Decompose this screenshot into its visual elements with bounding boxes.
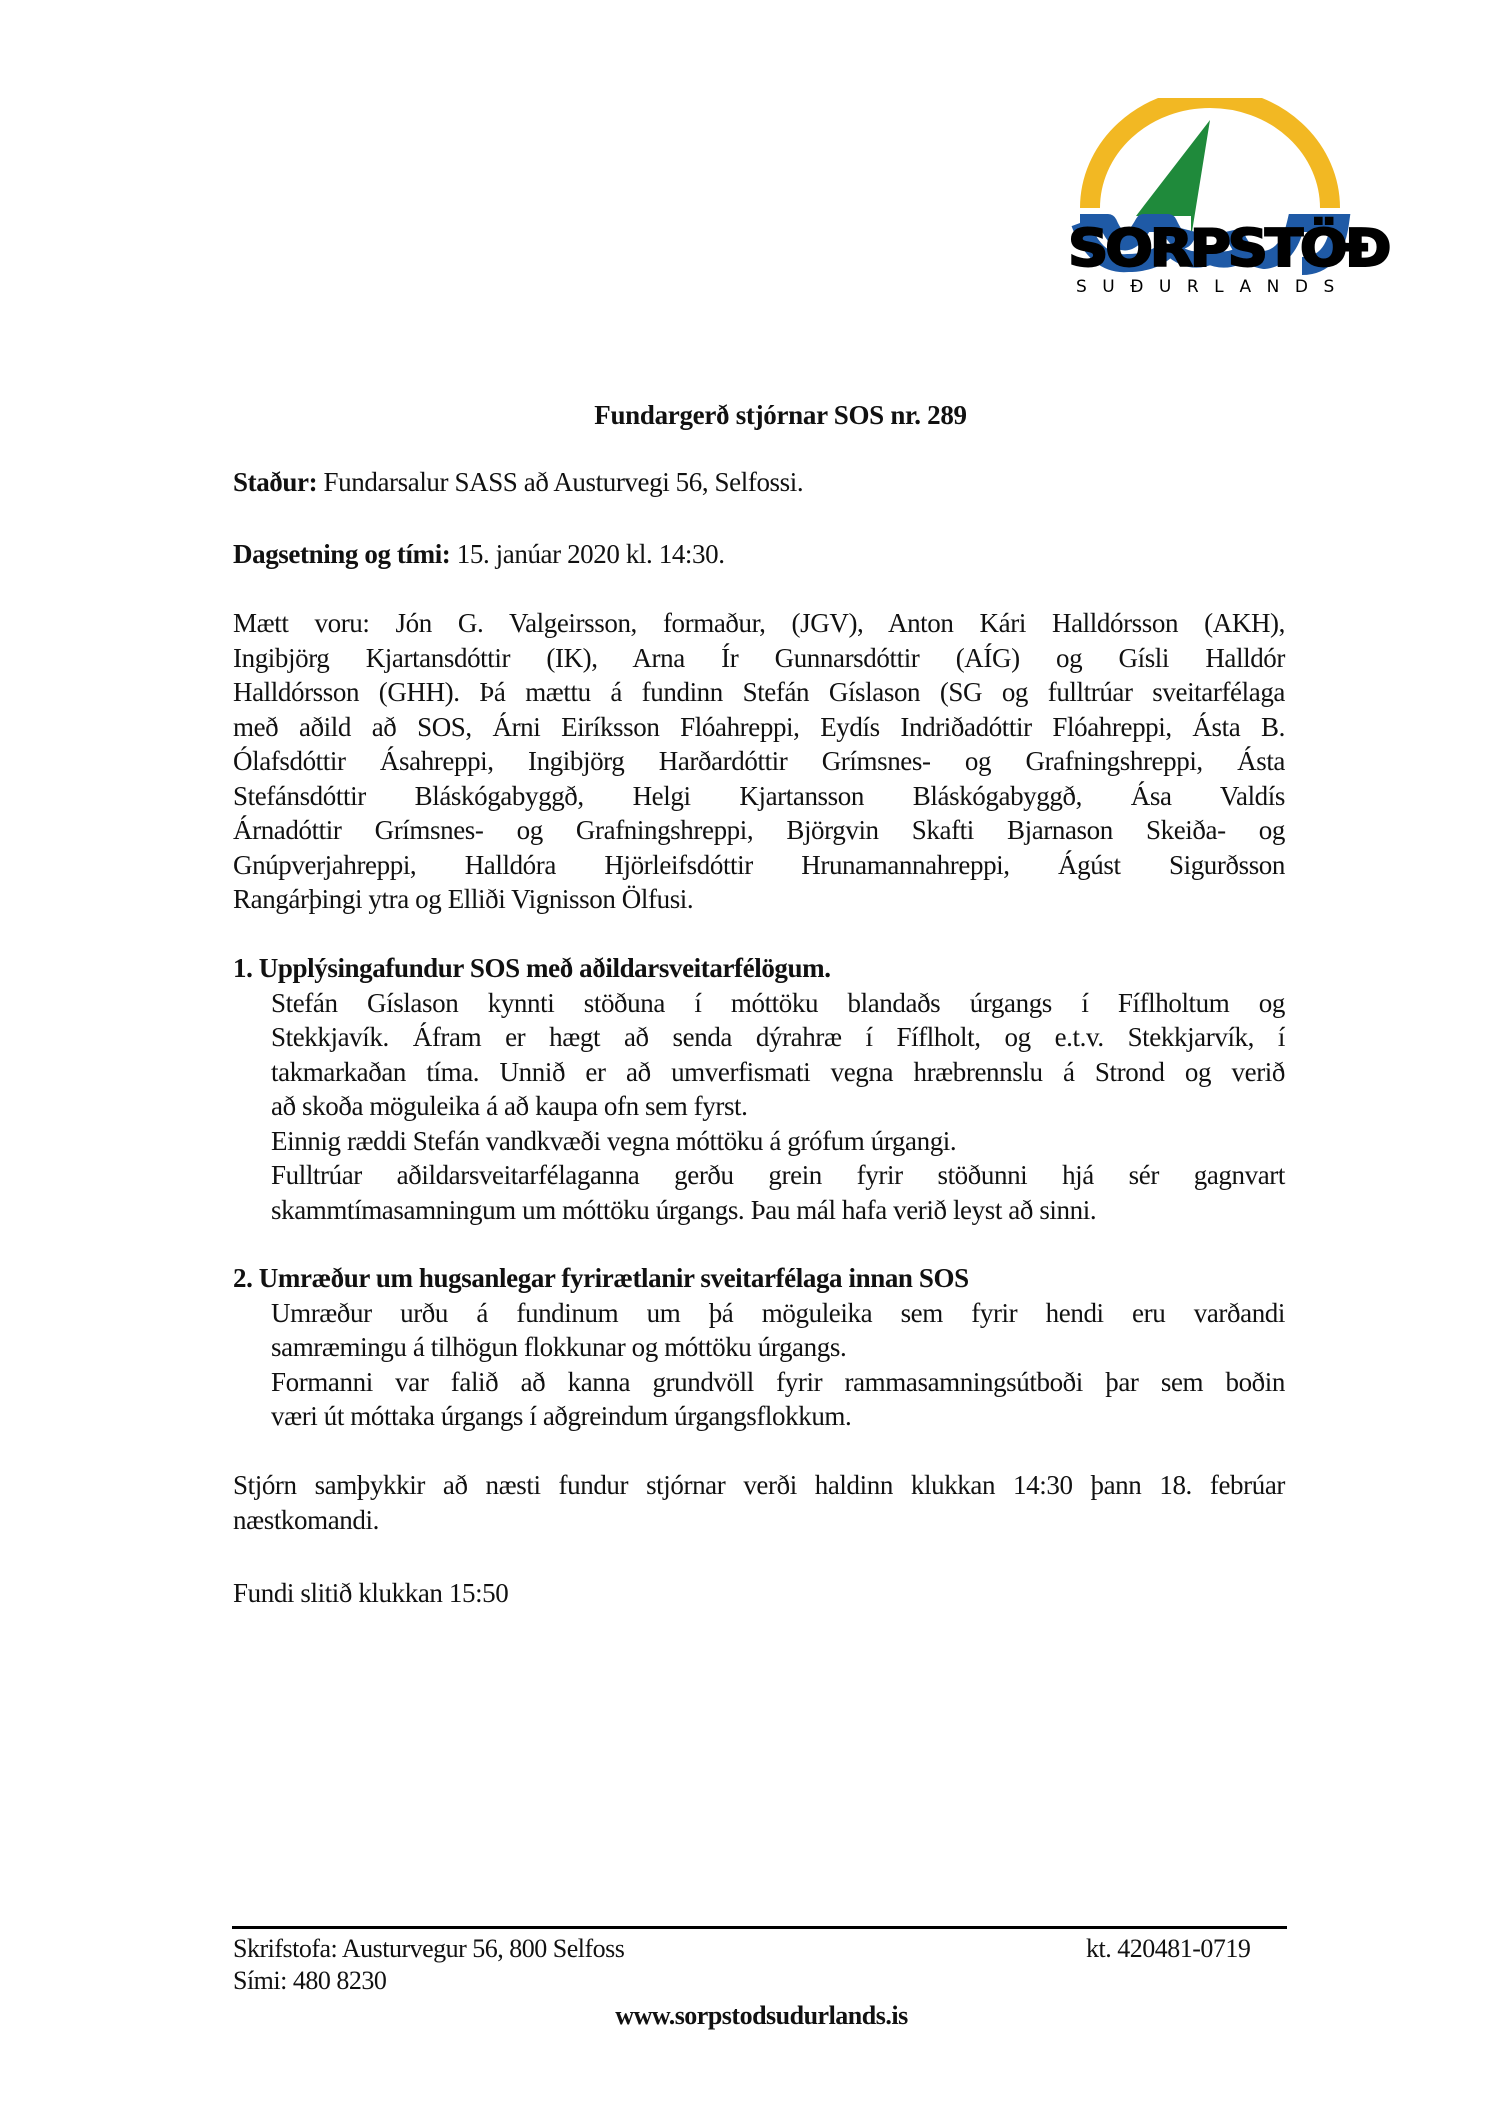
attendees-paragraph: Mætt voru: Jón G. Valgeirsson, formaður,… bbox=[233, 606, 1285, 917]
agenda-item-line: takmarkaðan tíma. Unnið er að umverfisma… bbox=[271, 1055, 1285, 1090]
attendees-line: Ingibjörg Kjartansdóttir (IK), Arna Ír G… bbox=[233, 641, 1285, 676]
datetime-value: 15. janúar 2020 kl. 14:30. bbox=[450, 539, 724, 569]
attendees-line: Gnúpverjahreppi, Halldóra Hjörleifsdótti… bbox=[233, 848, 1285, 883]
logo-wordmark: SORPSTÖÐ bbox=[1068, 222, 1376, 276]
agenda-item-line: Stefán Gíslason kynnti stöðuna í móttöku… bbox=[271, 986, 1285, 1021]
document-title: Fundargerð stjórnar SOS nr. 289 bbox=[0, 398, 1501, 433]
next-meeting-line: Stjórn samþykkir að næsti fundur stjórna… bbox=[233, 1468, 1285, 1503]
agenda-item-2: 2. Umræður um hugsanlegar fyrirætlanir s… bbox=[233, 1261, 1285, 1434]
footer-kt: kt. 420481-0719 bbox=[1086, 1934, 1250, 1964]
logo-subword: SUÐURLANDS bbox=[1076, 277, 1356, 297]
location-value: Fundarsalur SASS að Austurvegi 56, Selfo… bbox=[317, 467, 803, 497]
agenda-item-line: skammtímasamningum um móttöku úrgangs. Þ… bbox=[271, 1193, 1285, 1228]
agenda-item-line: Umræður urðu á fundinum um þá möguleika … bbox=[271, 1296, 1285, 1331]
attendees-line: Ólafsdóttir Ásahreppi, Ingibjörg Harðard… bbox=[233, 744, 1285, 779]
agenda-item-line: samræmingu á tilhögun flokkunar og móttö… bbox=[271, 1330, 1285, 1365]
agenda-item-line: Formanni var falið að kanna grundvöll fy… bbox=[271, 1365, 1285, 1400]
attendees-line: Halldórsson (GHH). Þá mættu á fundinn St… bbox=[233, 675, 1285, 710]
agenda-item-line: Fulltrúar aðildarsveitarfélaganna gerðu … bbox=[271, 1158, 1285, 1193]
attendees-line: með aðild að SOS, Árni Eiríksson Flóahre… bbox=[233, 710, 1285, 745]
closing-line: Fundi slitið klukkan 15:50 bbox=[233, 1576, 508, 1611]
datetime-line: Dagsetning og tími: 15. janúar 2020 kl. … bbox=[233, 537, 725, 572]
agenda-item-heading: 2. Umræður um hugsanlegar fyrirætlanir s… bbox=[233, 1261, 1285, 1296]
agenda-item-line: Einnig ræddi Stefán vandkvæði vegna mótt… bbox=[271, 1124, 1285, 1159]
footer-phone: Sími: 480 8230 bbox=[233, 1966, 386, 1996]
agenda-item-line: Stekkjavík. Áfram er hægt að senda dýrah… bbox=[271, 1020, 1285, 1055]
location-line: Staður: Fundarsalur SASS að Austurvegi 5… bbox=[233, 465, 803, 500]
attendees-line: Stefánsdóttir Bláskógabyggð, Helgi Kjart… bbox=[233, 779, 1285, 814]
agenda-item-line: að skoða möguleika á að kaupa ofn sem fy… bbox=[271, 1089, 1285, 1124]
agenda-item-heading: 1. Upplýsingafundur SOS með aðildarsveit… bbox=[233, 951, 1285, 986]
location-label: Staður: bbox=[233, 467, 317, 497]
footer-office: Skrifstofa: Austurvegur 56, 800 Selfoss bbox=[233, 1934, 624, 1964]
next-meeting-paragraph: Stjórn samþykkir að næsti fundur stjórna… bbox=[233, 1468, 1285, 1537]
attendees-line: Rangárþingi ytra og Elliði Vignisson Ölf… bbox=[233, 882, 1285, 917]
attendees-line: Mætt voru: Jón G. Valgeirsson, formaður,… bbox=[233, 606, 1285, 641]
agenda-item-line: væri út móttaka úrgangs í aðgreindum úrg… bbox=[271, 1399, 1285, 1434]
footer-website-link[interactable]: www.sorpstodsudurlands.is bbox=[0, 2001, 1501, 2031]
datetime-label: Dagsetning og tími: bbox=[233, 539, 450, 569]
agenda-item-1: 1. Upplýsingafundur SOS með aðildarsveit… bbox=[233, 951, 1285, 1227]
footer-divider bbox=[232, 1926, 1287, 1929]
next-meeting-line: næstkomandi. bbox=[233, 1503, 1285, 1538]
attendees-line: Árnadóttir Grímsnes- og Grafningshreppi,… bbox=[233, 813, 1285, 848]
